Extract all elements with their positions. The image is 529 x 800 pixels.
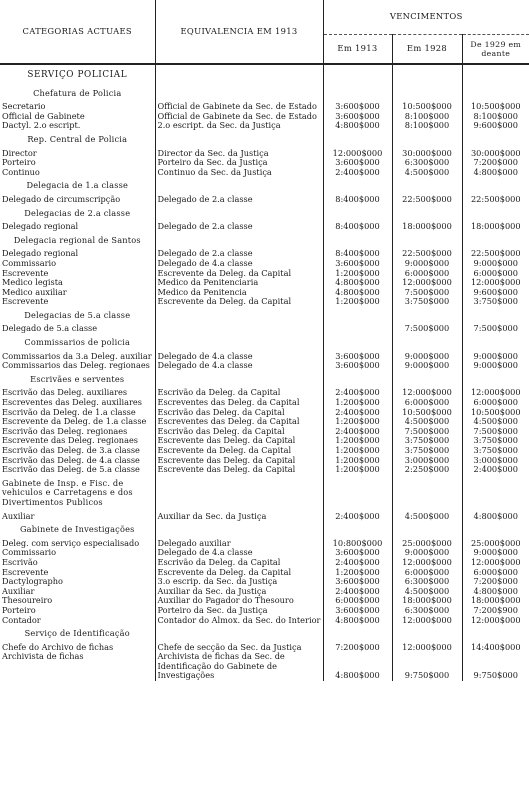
salary-v1929-cell: 9:600$000 <box>462 288 529 298</box>
empty-cell <box>155 205 323 223</box>
header-em-1913: Em 1913 <box>323 35 392 65</box>
empty-cell <box>392 131 462 149</box>
category-cell: Auxiliar <box>0 512 155 522</box>
empty-cell <box>155 232 323 250</box>
table-header: CATEGORIAS ACTUAES EQUIVALENCIA EM 1913 … <box>0 0 529 64</box>
salary-v1929-cell: 25:000$000 <box>462 539 529 549</box>
section-title: Delegacias de 2.a classe <box>0 205 155 223</box>
table-row: EscreventeEscrevente da Deleg. da Capita… <box>0 269 529 279</box>
empty-cell <box>323 85 392 103</box>
empty-cell <box>155 334 323 352</box>
salary-v1928-cell: 7:500$000 <box>392 324 462 334</box>
table-row: Escrevente da Deleg. de 1.a classeEscrev… <box>0 417 529 427</box>
empty-cell <box>155 177 323 195</box>
category-cell: Delegado regional <box>0 249 155 259</box>
salary-v1913-cell: 3:600$000 <box>323 112 392 122</box>
category-cell: Escrevente <box>0 269 155 279</box>
salary-v1929-cell: 12:000$000 <box>462 388 529 398</box>
salary-v1928-cell: 18:000$000 <box>392 222 462 232</box>
salary-v1929-cell: 3:750$000 <box>462 446 529 456</box>
table-row: Escrivão das Deleg. regionaesEscrivão da… <box>0 427 529 437</box>
salary-v1929-cell: 9:000$000 <box>462 259 529 269</box>
salary-v1928-cell: 6:000$000 <box>392 398 462 408</box>
section-title: SERVIÇO POLICIAL <box>0 64 155 85</box>
empty-cell <box>462 131 529 149</box>
salary-v1928-cell: 10:500$000 <box>392 102 462 112</box>
table-row: Medico auxiliarMedico da Penitencia4:800… <box>0 288 529 298</box>
salary-v1913-cell: 2:400$000 <box>323 427 392 437</box>
salary-v1913-cell: 3:600$000 <box>323 102 392 112</box>
salary-v1928-cell: 22:500$000 <box>392 249 462 259</box>
empty-cell <box>155 307 323 325</box>
category-cell: Medico legista <box>0 278 155 288</box>
category-cell: Thesoureiro <box>0 596 155 606</box>
salary-v1929-cell: 9:750$000 <box>462 652 529 681</box>
salary-v1928-cell: 2:250$000 <box>392 465 462 475</box>
salary-v1928-cell: 12:000$000 <box>392 558 462 568</box>
category-cell: Escrevente <box>0 297 155 307</box>
salary-v1929-cell: 7:200$000 <box>462 577 529 587</box>
salary-v1929-cell: 4:500$000 <box>462 417 529 427</box>
section-title: Rep. Central de Policia <box>0 131 155 149</box>
salary-v1913-cell: 1:200$000 <box>323 456 392 466</box>
salary-v1928-cell: 6:000$000 <box>392 269 462 279</box>
category-cell: Porteiro <box>0 606 155 616</box>
salary-v1929-cell: 6:000$000 <box>462 398 529 408</box>
table-row: AuxiliarAuxiliar da Sec. da Justiça2:400… <box>0 512 529 522</box>
salary-v1913-cell: 1:200$000 <box>323 269 392 279</box>
header-de-1929: De 1929 em deante <box>462 35 529 65</box>
empty-cell <box>392 371 462 389</box>
equivalence-cell: Delegado de 4.a classe <box>155 361 323 371</box>
salary-v1929-cell: 12:000$000 <box>462 616 529 626</box>
section-title: Commissarios de policia <box>0 334 155 352</box>
salary-v1913-cell: 4:800$000 <box>323 278 392 288</box>
salary-v1929-cell: 14:400$000 <box>462 643 529 653</box>
category-cell: Delegado de circumscripção <box>0 195 155 205</box>
salary-v1929-cell: 4:800$000 <box>462 512 529 522</box>
table-row: Official de GabineteOfficial de Gabinete… <box>0 112 529 122</box>
empty-cell <box>462 625 529 643</box>
salary-v1913-cell: 8:400$000 <box>323 222 392 232</box>
salary-v1929-cell: 30:000$000 <box>462 149 529 159</box>
salary-v1913-cell: 12:000$000 <box>323 149 392 159</box>
salary-v1929-cell: 7:200$900 <box>462 606 529 616</box>
salary-v1929-cell: 9:000$000 <box>462 352 529 362</box>
empty-cell <box>155 521 323 539</box>
category-cell: Escrivão das Deleg. de 5.a classe <box>0 465 155 475</box>
category-cell: Escrivão da Deleg. de 1.a classe <box>0 408 155 418</box>
table-row: Delegado regionalDelegado de 2.a classe8… <box>0 249 529 259</box>
category-cell: Commissario <box>0 548 155 558</box>
salary-v1928-cell: 10:500$000 <box>392 408 462 418</box>
table-row: ContadorContador do Almox. da Sec. do In… <box>0 616 529 626</box>
equivalence-cell: Medico da Penitencia <box>155 288 323 298</box>
table-row: Deleg. com serviço especialisadoDelegado… <box>0 539 529 549</box>
salary-v1913-cell: 2:400$000 <box>323 587 392 597</box>
equivalence-cell <box>155 324 323 334</box>
category-cell: Secretario <box>0 102 155 112</box>
category-cell: Escrivão das Deleg. de 4.a classe <box>0 456 155 466</box>
category-cell: Escrevente <box>0 568 155 578</box>
category-cell: Continuo <box>0 168 155 178</box>
equivalence-cell: Escrivão das Deleg. da Capital <box>155 427 323 437</box>
empty-cell <box>462 177 529 195</box>
empty-cell <box>323 177 392 195</box>
category-cell: Chefe do Archivo de fichas <box>0 643 155 653</box>
salary-v1928-cell: 8:100$000 <box>392 112 462 122</box>
section-title: Escrivães e serventes <box>0 371 155 389</box>
table-row: Delegado de 5.a classe7:500$0007:500$000 <box>0 324 529 334</box>
salary-v1929-cell: 10:500$000 <box>462 102 529 112</box>
salary-v1913-cell: 8:400$000 <box>323 195 392 205</box>
category-cell: Commissario <box>0 259 155 269</box>
table-row: Escrivão das Deleg. auxiliaresEscrivão d… <box>0 388 529 398</box>
equivalence-cell: Escrevente das Deleg. da Capital <box>155 465 323 475</box>
category-cell: Delegado de 5.a classe <box>0 324 155 334</box>
table-row: SecretarioOfficial de Gabinete da Sec. d… <box>0 102 529 112</box>
salary-v1928-cell: 7:500$000 <box>392 427 462 437</box>
category-cell: Deleg. com serviço especialisado <box>0 539 155 549</box>
salary-v1928-cell: 30:000$000 <box>392 149 462 159</box>
salary-v1913-cell: 2:400$000 <box>323 408 392 418</box>
salary-v1929-cell: 4:800$000 <box>462 587 529 597</box>
salary-v1929-cell: 12:000$000 <box>462 558 529 568</box>
section-header-row: SERVIÇO POLICIAL <box>0 64 529 85</box>
category-cell: Escrevente da Deleg. de 1.a classe <box>0 417 155 427</box>
salary-v1929-cell: 3:000$000 <box>462 456 529 466</box>
salary-v1913-cell: 1:200$000 <box>323 398 392 408</box>
equivalence-cell: Delegado de 4.a classe <box>155 548 323 558</box>
salary-v1928-cell: 9:000$000 <box>392 259 462 269</box>
salary-v1928-cell: 4:500$000 <box>392 587 462 597</box>
empty-cell <box>392 307 462 325</box>
salary-v1928-cell: 6:000$000 <box>392 568 462 578</box>
empty-cell <box>155 64 323 85</box>
salary-v1928-cell: 18:000$000 <box>392 596 462 606</box>
equivalence-cell: Porteiro da Sec. da Justiça <box>155 606 323 616</box>
empty-cell <box>462 232 529 250</box>
category-cell: Escrivão das Deleg. de 3.a classe <box>0 446 155 456</box>
salary-v1913-cell: 1:200$000 <box>323 297 392 307</box>
table-row: Escrivão das Deleg. de 5.a classeEscreve… <box>0 465 529 475</box>
salary-v1929-cell: 22:500$000 <box>462 195 529 205</box>
section-header-row: Delegacias de 2.a classe <box>0 205 529 223</box>
empty-cell <box>462 334 529 352</box>
empty-cell <box>323 334 392 352</box>
salary-v1929-cell: 4:800$000 <box>462 168 529 178</box>
section-header-row: Gabinete de Investigações <box>0 521 529 539</box>
table-row: Archivista de fichasArchivista de fichas… <box>0 652 529 681</box>
category-cell: Escrivão das Deleg. regionaes <box>0 427 155 437</box>
section-header-row: Gabinete de Insp. e Fisc. de vehiculos e… <box>0 475 529 512</box>
header-equivalencia: EQUIVALENCIA EM 1913 <box>155 0 323 64</box>
salary-v1913-cell: 3:600$000 <box>323 352 392 362</box>
salary-v1928-cell: 7:500$000 <box>392 288 462 298</box>
equivalence-cell: Auxiliar do Pagador do Thesouro <box>155 596 323 606</box>
empty-cell <box>155 625 323 643</box>
equivalence-cell: Escrevente da Deleg. da Capital <box>155 568 323 578</box>
salary-v1913-cell: 8:400$000 <box>323 249 392 259</box>
table-row: Escrevente das Deleg. regionaesEscrevent… <box>0 436 529 446</box>
salary-v1928-cell: 25:000$000 <box>392 539 462 549</box>
empty-cell <box>323 625 392 643</box>
salary-v1929-cell: 7:500$000 <box>462 427 529 437</box>
equivalence-cell: Delegado de 4.a classe <box>155 352 323 362</box>
section-header-row: Delegacia regional de Santos <box>0 232 529 250</box>
salary-v1913-cell: 1:200$000 <box>323 446 392 456</box>
equivalence-cell: Escrevente da Deleg. da Capital <box>155 297 323 307</box>
equivalence-cell: Continuo da Sec. da Justiça <box>155 168 323 178</box>
empty-cell <box>392 625 462 643</box>
table-row: AuxiliarAuxiliar da Sec. da Justiça2:400… <box>0 587 529 597</box>
equivalence-cell: Escrivão da Deleg. da Capital <box>155 388 323 398</box>
empty-cell <box>323 475 392 512</box>
empty-cell <box>392 334 462 352</box>
salary-v1929-cell: 9:000$000 <box>462 361 529 371</box>
empty-cell <box>155 131 323 149</box>
table-row: PorteiroPorteiro da Sec. da Justiça3:600… <box>0 606 529 616</box>
category-cell: Dactylographo <box>0 577 155 587</box>
table-row: Medico legistaMedico da Penitenciaria4:8… <box>0 278 529 288</box>
salary-v1913-cell: 3:600$000 <box>323 577 392 587</box>
empty-cell <box>462 371 529 389</box>
table-row: EscrivãoEscrivão da Deleg. da Capital2:4… <box>0 558 529 568</box>
table-row: Chefe do Archivo de fichasChefe de secçã… <box>0 643 529 653</box>
equivalence-cell: Escreventes das Deleg. da Capital <box>155 398 323 408</box>
equivalence-cell: Porteiro da Sec. da Justiça <box>155 158 323 168</box>
empty-cell <box>462 475 529 512</box>
equivalence-cell: Escrevente das Deleg. da Capital <box>155 436 323 446</box>
section-title: Serviço de Identificação <box>0 625 155 643</box>
salary-v1913-cell: 1:200$000 <box>323 436 392 446</box>
category-cell: Porteiro <box>0 158 155 168</box>
equivalence-cell: Archivista de fichas da Sec. de Identifi… <box>155 652 323 681</box>
category-cell: Escrivão das Deleg. auxiliares <box>0 388 155 398</box>
empty-cell <box>462 307 529 325</box>
salary-v1928-cell: 4:500$000 <box>392 512 462 522</box>
empty-cell <box>392 205 462 223</box>
table-row: EscreventeEscrevente da Deleg. da Capita… <box>0 568 529 578</box>
table-row: ThesoureiroAuxiliar do Pagador do Thesou… <box>0 596 529 606</box>
table-row: Escrivão das Deleg. de 4.a classeEscreve… <box>0 456 529 466</box>
section-title: Gabinete de Insp. e Fisc. de vehiculos e… <box>0 475 155 512</box>
table-row: EscreventeEscrevente da Deleg. da Capita… <box>0 297 529 307</box>
empty-cell <box>155 371 323 389</box>
equivalence-cell: Delegado auxiliar <box>155 539 323 549</box>
salary-v1928-cell: 3:750$000 <box>392 446 462 456</box>
empty-cell <box>323 307 392 325</box>
table-row: Dactyl. 2.o escript.2.o escript. da Sec.… <box>0 121 529 131</box>
salary-v1929-cell: 7:500$000 <box>462 324 529 334</box>
salary-v1913-cell: 3:600$000 <box>323 548 392 558</box>
equivalence-cell: Director da Sec. da Justiça <box>155 149 323 159</box>
salary-v1928-cell: 22:500$000 <box>392 195 462 205</box>
equivalence-cell: Delegado de 2.a classe <box>155 222 323 232</box>
equivalence-cell: Escrivão da Deleg. da Capital <box>155 558 323 568</box>
salary-v1913-cell: 4:800$000 <box>323 288 392 298</box>
equivalence-cell: Chefe de secção da Sec. da Justiça <box>155 643 323 653</box>
section-title: Delegacia de 1.a classe <box>0 177 155 195</box>
salary-v1913-cell: 3:600$000 <box>323 606 392 616</box>
section-header-row: Chefatura de Policia <box>0 85 529 103</box>
empty-cell <box>155 475 323 512</box>
table-row: Escreventes das Deleg. auxiliaresEscreve… <box>0 398 529 408</box>
salary-v1913-cell: 2:400$000 <box>323 512 392 522</box>
category-cell: Archivista de fichas <box>0 652 155 681</box>
salary-v1928-cell: 9:000$000 <box>392 352 462 362</box>
salary-v1913-cell: 2:400$000 <box>323 558 392 568</box>
salary-v1928-cell: 3:000$000 <box>392 456 462 466</box>
header-vencimentos: VENCIMENTOS <box>323 0 529 35</box>
salary-v1928-cell: 12:000$000 <box>392 388 462 398</box>
salary-v1928-cell: 6:300$000 <box>392 577 462 587</box>
empty-cell <box>392 64 462 85</box>
table-row: Commissarios das Deleg. regionaesDelegad… <box>0 361 529 371</box>
section-header-row: Delegacia de 1.a classe <box>0 177 529 195</box>
salary-table: CATEGORIAS ACTUAES EQUIVALENCIA EM 1913 … <box>0 0 529 681</box>
section-header-row: Rep. Central de Policia <box>0 131 529 149</box>
empty-cell <box>323 521 392 539</box>
equivalence-cell: Contador do Almox. da Sec. do Interior <box>155 616 323 626</box>
section-header-row: Escrivães e serventes <box>0 371 529 389</box>
table-row: Escrivão da Deleg. de 1.a classeEscrivão… <box>0 408 529 418</box>
empty-cell <box>392 177 462 195</box>
salary-v1929-cell: 6:000$000 <box>462 568 529 578</box>
salary-v1913-cell: 4:800$000 <box>323 616 392 626</box>
table-row: Escrivão das Deleg. de 3.a classeEscreve… <box>0 446 529 456</box>
salary-v1928-cell: 12:000$000 <box>392 643 462 653</box>
salary-v1928-cell: 9:750$000 <box>392 652 462 681</box>
equivalence-cell: Escrevente da Deleg. da Capital <box>155 446 323 456</box>
equivalence-cell: Delegado de 2.a classe <box>155 249 323 259</box>
salary-v1929-cell: 2:400$000 <box>462 465 529 475</box>
category-cell: Commissarios das Deleg. regionaes <box>0 361 155 371</box>
section-header-row: Serviço de Identificação <box>0 625 529 643</box>
section-title: Gabinete de Investigações <box>0 521 155 539</box>
equivalence-cell: Medico da Penitenciaria <box>155 278 323 288</box>
salary-v1929-cell: 18:000$000 <box>462 222 529 232</box>
salary-v1928-cell: 3:750$000 <box>392 436 462 446</box>
empty-cell <box>323 131 392 149</box>
section-title: Delegacia regional de Santos <box>0 232 155 250</box>
salary-v1929-cell: 8:100$000 <box>462 112 529 122</box>
salary-v1913-cell: 3:600$000 <box>323 361 392 371</box>
salary-v1929-cell: 6:000$000 <box>462 269 529 279</box>
salary-v1928-cell: 8:100$000 <box>392 121 462 131</box>
salary-v1928-cell: 3:750$000 <box>392 297 462 307</box>
salary-v1913-cell: 3:600$000 <box>323 158 392 168</box>
equivalence-cell: Escrevente das Deleg. da Capital <box>155 456 323 466</box>
category-cell: Official de Gabinete <box>0 112 155 122</box>
category-cell: Contador <box>0 616 155 626</box>
salary-table-page: CATEGORIAS ACTUAES EQUIVALENCIA EM 1913 … <box>0 0 529 800</box>
equivalence-cell: 3.o escrip. da Sec. da Justiça <box>155 577 323 587</box>
category-cell: Escrevente das Deleg. regionaes <box>0 436 155 446</box>
salary-v1929-cell: 3:750$000 <box>462 436 529 446</box>
empty-cell <box>392 521 462 539</box>
category-cell: Escreventes das Deleg. auxiliares <box>0 398 155 408</box>
category-cell: Director <box>0 149 155 159</box>
salary-v1928-cell: 6:300$000 <box>392 158 462 168</box>
salary-v1928-cell: 12:000$000 <box>392 278 462 288</box>
table-body: SERVIÇO POLICIALChefatura de PoliciaSecr… <box>0 64 529 681</box>
salary-v1929-cell: 9:600$000 <box>462 121 529 131</box>
table-row: Delegado de circumscripçãoDelegado de 2.… <box>0 195 529 205</box>
section-title: Delegacias de 5.a classe <box>0 307 155 325</box>
salary-v1928-cell: 4:500$000 <box>392 417 462 427</box>
salary-v1913-cell: 6:000$000 <box>323 596 392 606</box>
salary-v1928-cell: 9:000$000 <box>392 361 462 371</box>
section-title: Chefatura de Policia <box>0 85 155 103</box>
header-categorias: CATEGORIAS ACTUAES <box>0 0 155 64</box>
equivalence-cell: Auxiliar da Sec. da Justiça <box>155 587 323 597</box>
salary-v1928-cell: 4:500$000 <box>392 168 462 178</box>
salary-v1913-cell: 1:200$000 <box>323 417 392 427</box>
salary-v1929-cell: 7:200$000 <box>462 158 529 168</box>
equivalence-cell: Auxiliar da Sec. da Justiça <box>155 512 323 522</box>
salary-v1929-cell: 22:500$000 <box>462 249 529 259</box>
salary-v1913-cell: 10:800$000 <box>323 539 392 549</box>
table-row: CommissarioDelegado de 4.a classe3:600$0… <box>0 259 529 269</box>
salary-v1913-cell: 2:400$000 <box>323 168 392 178</box>
equivalence-cell: Delegado de 2.a classe <box>155 195 323 205</box>
category-cell: Medico auxiliar <box>0 288 155 298</box>
category-cell: Escrivão <box>0 558 155 568</box>
empty-cell <box>392 232 462 250</box>
salary-v1928-cell: 9:000$000 <box>392 548 462 558</box>
category-cell: Delegado regional <box>0 222 155 232</box>
table-row: ContinuoContinuo da Sec. da Justiça2:400… <box>0 168 529 178</box>
equivalence-cell: Official de Gabinete da Sec. de Estado <box>155 112 323 122</box>
empty-cell <box>323 64 392 85</box>
salary-v1913-cell: 2:400$000 <box>323 388 392 398</box>
equivalence-cell: 2.o escript. da Sec. da Justiça <box>155 121 323 131</box>
empty-cell <box>323 371 392 389</box>
salary-v1929-cell: 18:000$000 <box>462 596 529 606</box>
salary-v1913-cell: 7:200$000 <box>323 643 392 653</box>
equivalence-cell: Escrevente da Deleg. da Capital <box>155 269 323 279</box>
salary-v1913-cell: 3:600$000 <box>323 259 392 269</box>
category-cell: Auxiliar <box>0 587 155 597</box>
empty-cell <box>392 85 462 103</box>
salary-v1913-cell: 4:800$000 <box>323 121 392 131</box>
section-header-row: Delegacias de 5.a classe <box>0 307 529 325</box>
category-cell: Commissarios da 3.a Deleg. auxiliar <box>0 352 155 362</box>
salary-v1928-cell: 6:300$000 <box>392 606 462 616</box>
salary-v1929-cell: 10:500$000 <box>462 408 529 418</box>
salary-v1913-cell: 1:200$000 <box>323 568 392 578</box>
table-row: Delegado regionalDelegado de 2.a classe8… <box>0 222 529 232</box>
category-cell: Dactyl. 2.o escript. <box>0 121 155 131</box>
empty-cell <box>392 475 462 512</box>
salary-v1929-cell: 3:750$000 <box>462 297 529 307</box>
table-row: CommissarioDelegado de 4.a classe3:600$0… <box>0 548 529 558</box>
salary-v1928-cell: 12:000$000 <box>392 616 462 626</box>
empty-cell <box>462 521 529 539</box>
salary-v1913-cell: 1:200$000 <box>323 465 392 475</box>
empty-cell <box>462 85 529 103</box>
equivalence-cell: Escrivão das Deleg. da Capital <box>155 408 323 418</box>
empty-cell <box>155 85 323 103</box>
table-row: Commissarios da 3.a Deleg. auxiliarDeleg… <box>0 352 529 362</box>
section-header-row: Commissarios de policia <box>0 334 529 352</box>
equivalence-cell: Official de Gabinete da Sec. de Estado <box>155 102 323 112</box>
empty-cell <box>323 205 392 223</box>
salary-v1929-cell: 9:000$000 <box>462 548 529 558</box>
empty-cell <box>462 64 529 85</box>
salary-v1929-cell: 12:000$000 <box>462 278 529 288</box>
